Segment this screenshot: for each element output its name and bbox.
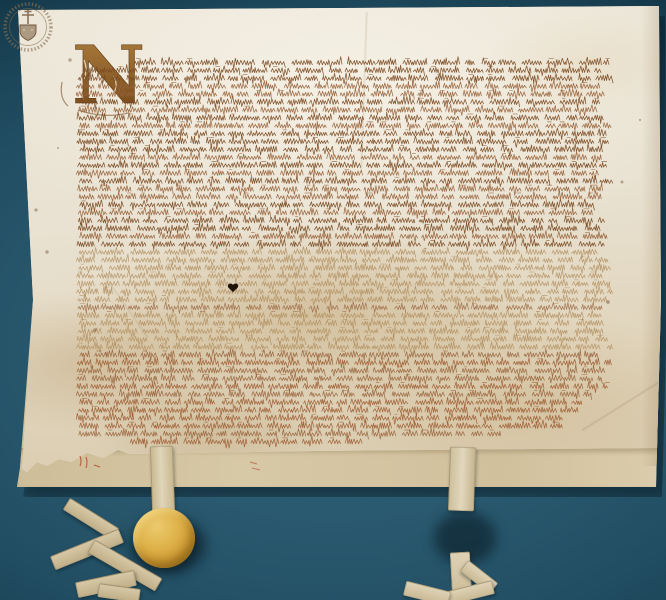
right-seal-emboss (0, 0, 56, 54)
left-seal-dark-fragment (135, 514, 172, 547)
manuscript-text: N (0, 0, 666, 600)
left-seal-tag (150, 446, 175, 515)
right-seal-tag (448, 447, 476, 512)
charter-photograph: N (0, 0, 666, 600)
left-wax-seal (133, 508, 195, 568)
